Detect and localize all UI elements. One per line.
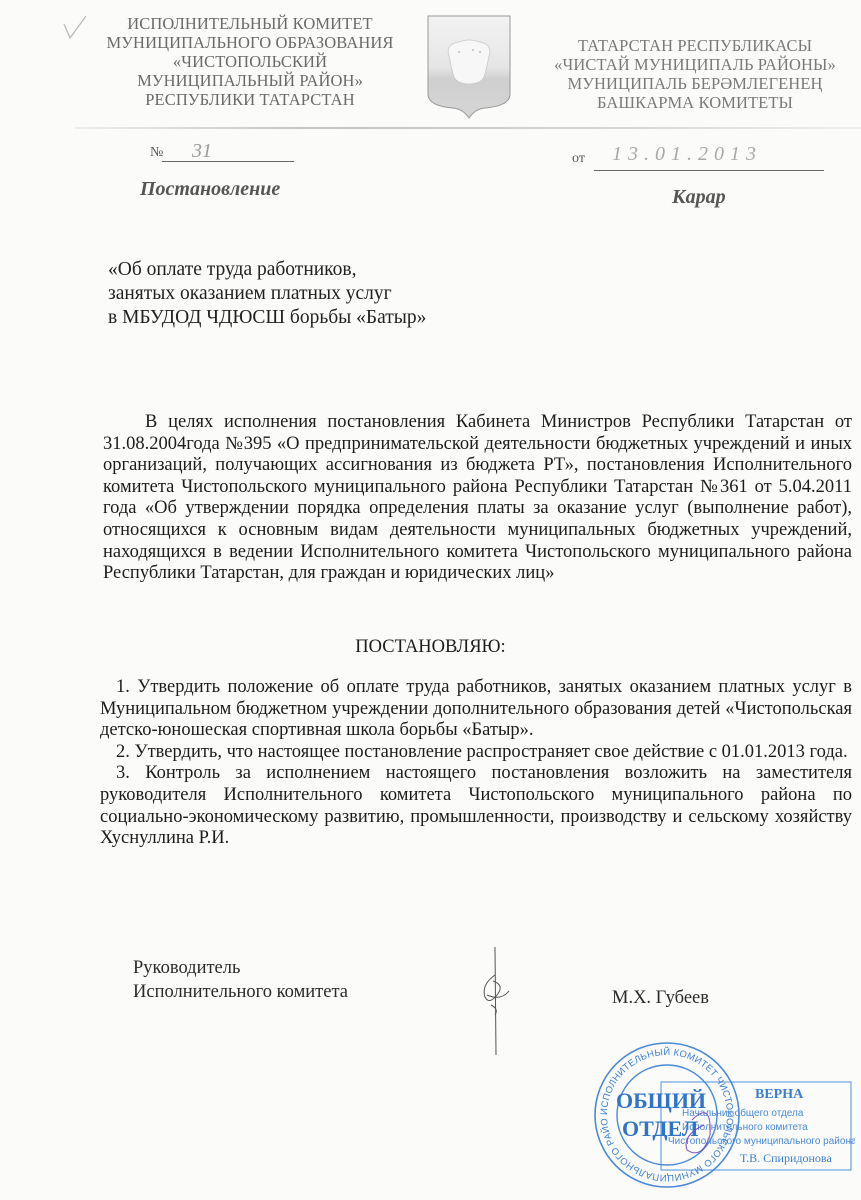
header-right-line: ТАТАРСТАН РЕСПУБЛИКАСЫ [545, 36, 845, 55]
document-date: 13.01.2013 [612, 143, 762, 166]
decree-item-3: 3. Контроль за исполнением настоящего по… [100, 763, 852, 849]
subject-line: в МБУДОД ЧДЮСШ борьбы «Батыр» [108, 306, 426, 330]
decree-heading: ПОСТАНОВЛЯЮ: [0, 637, 861, 658]
document-type-russian: Постановление [140, 178, 280, 201]
date-underline [594, 170, 824, 171]
number-label: № [150, 145, 163, 161]
subject-line: «Об оплате труда работников, [108, 258, 426, 282]
document-number: 31 [192, 140, 212, 163]
subject-line: занятых оказанием платных услуг [108, 282, 426, 306]
signatory-title: Руководитель Исполнительного комитета [133, 956, 348, 1004]
header-left-line: ИСПОЛНИТЕЛЬНЫЙ КОМИТЕТ [90, 14, 410, 33]
signatory-title-line: Руководитель [133, 956, 348, 980]
decree-item-2: 2. Утвердить, что настоящее постановлени… [100, 742, 852, 764]
header-right-line: «ЧИСТАЙ МУНИЦИПАЛЬ РАЙОНЫ» [545, 55, 845, 74]
header-left-line: «ЧИСТОПОЛЬСКИЙ [90, 52, 410, 71]
header-left-org-name: ИСПОЛНИТЕЛЬНЫЙ КОМИТЕТ МУНИЦИПАЛЬНОГО ОБ… [90, 14, 410, 109]
date-label: от [572, 151, 585, 167]
header-left-line: МУНИЦИПАЛЬНЫЙ РАЙОН» [90, 71, 410, 90]
decree-items: 1. Утвердить положение об оплате труда р… [100, 677, 852, 850]
svg-text:Т.В. Спиридонова: Т.В. Спиридонова [740, 1151, 832, 1165]
document-type-tatar: Карар [672, 186, 726, 209]
preamble-paragraph: В целях исполнения постановления Кабинет… [103, 412, 852, 585]
seal-center-line-2: ОТДЕЛ [622, 1116, 699, 1141]
seal-center-line-1: ОБЩИЙ [616, 1088, 706, 1113]
decree-item-1: 1. Утвердить положение об оплате труда р… [100, 677, 852, 742]
signatory-name: М.Х. Губеев [612, 988, 709, 1009]
stamp-rect-title: ВЕРНА [755, 1087, 804, 1102]
document-subject: «Об оплате труда работников, занятых ока… [108, 258, 426, 330]
round-official-seal: ИСПОЛНИТЕЛЬНЫЙ КОМИТЕТ ЧИСТОПОЛЬСКОГО МУ… [592, 1040, 742, 1190]
signatory-title-line: Исполнительного комитета [133, 980, 348, 1004]
header-right-line: МУНИЦИПАЛЬ БЕРӘМЛЕГЕНЕҢ [545, 74, 845, 93]
header-separator [75, 127, 861, 129]
coat-of-arms-emblem-icon [425, 12, 513, 120]
number-underline [162, 161, 294, 162]
header-right-line: БАШКАРМА КОМИТЕТЫ [545, 93, 845, 112]
header-left-line: РЕСПУБЛИКИ ТАТАРСТАН [90, 90, 410, 109]
handwritten-signature-icon [475, 945, 515, 1060]
header-right-org-name: ТАТАРСТАН РЕСПУБЛИКАСЫ «ЧИСТАЙ МУНИЦИПАЛ… [545, 36, 845, 112]
header-left-line: МУНИЦИПАЛЬНОГО ОБРАЗОВАНИЯ [90, 33, 410, 52]
checkmark-icon [60, 14, 90, 44]
